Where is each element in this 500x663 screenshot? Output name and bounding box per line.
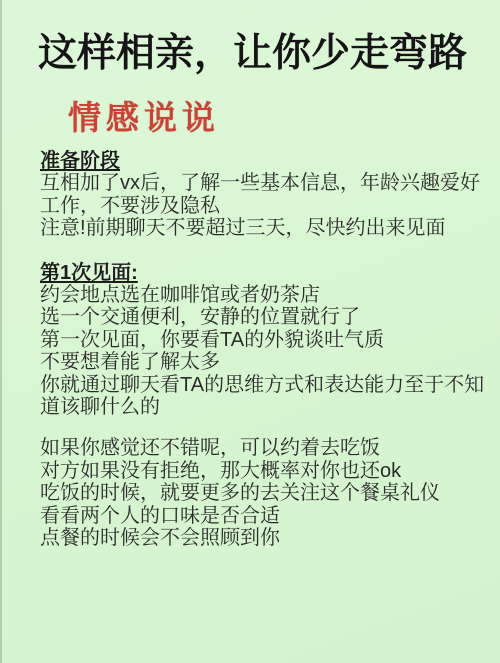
section-heading: 准备阶段 [40,150,120,172]
text-line: 选一个交通便利，安静的位置就行了 [40,306,470,328]
tip-card-poster: 这样相亲，让你少走弯路 情感说说 准备阶段 互相加了vx后，了解一些基本信息，年… [0,0,500,663]
section-dinner-advice: 如果你感觉还不错呢，可以约着去吃饭 对方如果没有拒绝，那大概率对你也还ok 吃饭… [40,437,470,549]
text-line: 你就通过聊天看TA的思维方式和表达能力至于不知 [40,374,470,396]
text-line: 点餐的时候会不会照顾到你 [40,527,470,549]
section-first-meeting: 第1次见面: 约会地点选在咖啡馆或者奶茶店 选一个交通便利，安静的位置就行了 第… [40,262,470,419]
text-line: 工作，不要涉及隐私 [40,195,470,217]
text-line: 不要想着能了解太多 [40,351,470,373]
text-line: 看看两个人的口味是否合适 [40,505,470,527]
text-line: 吃饭的时候，就要更多的去关注这个餐桌礼仪 [40,482,470,504]
text-line: 互相加了vx后，了解一些基本信息，年龄兴趣爱好 [40,172,470,194]
section-preparation: 准备阶段 互相加了vx后，了解一些基本信息，年龄兴趣爱好 工作，不要涉及隐私 注… [40,150,470,240]
page-title: 这样相亲，让你少走弯路 [38,32,464,76]
brand-watermark: 情感说说 [68,100,500,136]
text-line: 注意!前期聊天不要超过三天，尽快约出来见面 [40,217,470,239]
text-line: 道该聊什么的 [40,396,470,418]
text-line: 对方如果没有拒绝，那大概率对你也还ok [40,460,470,482]
text-line: 如果你感觉还不错呢，可以约着去吃饭 [40,437,470,459]
section-heading: 第1次见面: [40,262,138,284]
text-line: 约会地点选在咖啡馆或者奶茶店 [40,284,470,306]
text-line: 第一次见面，你要看TA的外貌谈吐气质 [40,329,470,351]
